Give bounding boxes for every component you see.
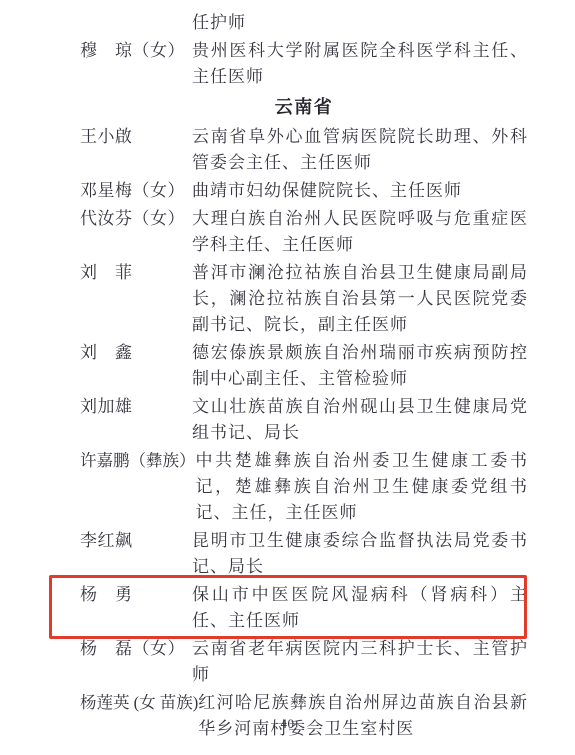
person-title: 德宏傣族景颇族自治州瑞丽市疾病预防控制中心副主任、主管检验师: [192, 340, 528, 392]
person-title: 普洱市澜沧拉祜族自治县卫生健康局副局长，澜沧拉祜族自治县第一人民医院党委副书记、…: [192, 260, 528, 338]
list-item: 刘 菲普洱市澜沧拉祜族自治县卫生健康局副局长，澜沧拉祜族自治县第一人民医院党委副…: [80, 260, 528, 338]
list-item: 刘 鑫德宏傣族景颇族自治州瑞丽市疾病预防控制中心副主任、主管检验师: [80, 340, 528, 392]
person-name: 李红飙: [80, 528, 192, 554]
person-title: 贵州医科大学附属医院全科医学科主任、主任医师: [192, 38, 528, 90]
list-item: 穆 琼（女）贵州医科大学附属医院全科医学科主任、主任医师: [80, 38, 528, 90]
person-name: 刘 鑫: [80, 340, 192, 366]
person-title: 任护师: [192, 10, 528, 36]
person-name: 许嘉鹏（彝族）: [80, 448, 196, 474]
person-name: 杨 勇: [80, 582, 192, 608]
person-name: 杨莲英 (女 苗族): [80, 690, 198, 716]
list-item: 代汝芬（女）大理白族自治州人民医院呼吸与危重症医学科主任、主任医师: [80, 206, 528, 258]
section-header: 云南省: [80, 94, 528, 120]
person-name: 刘 菲: [80, 260, 192, 286]
person-title: 大理白族自治州人民医院呼吸与危重症医学科主任、主任医师: [192, 206, 528, 258]
person-name: 穆 琼（女）: [80, 38, 192, 64]
person-title: 昆明市卫生健康委综合监督执法局党委书记、局长: [192, 528, 528, 580]
list-item: 王小啟云南省阜外心血管病医院院长助理、外科管委会主任、主任医师: [80, 124, 528, 176]
document-page: 任护师穆 琼（女）贵州医科大学附属医院全科医学科主任、主任医师云南省王小啟云南省…: [0, 0, 575, 755]
list-item: 刘加雄文山壮族苗族自治州砚山县卫生健康局党组书记、局长: [80, 394, 528, 446]
list-item: 邓星梅（女）曲靖市妇幼保健院院长、主任医师: [80, 178, 528, 204]
person-title: 保山市中医医院风湿病科（肾病科）主任、主任医师: [192, 582, 528, 634]
list-item: 杨 磊（女）云南省老年病医院内三科护士长、主管护师: [80, 636, 528, 688]
list-item: 杨 勇保山市中医医院风湿病科（肾病科）主任、主任医师: [80, 582, 528, 634]
person-name: 刘加雄: [80, 394, 192, 420]
person-title: 曲靖市妇幼保健院院长、主任医师: [192, 178, 528, 204]
person-title: 云南省阜外心血管病医院院长助理、外科管委会主任、主任医师: [192, 124, 528, 176]
person-name: 邓星梅（女）: [80, 178, 192, 204]
list-item: 李红飙昆明市卫生健康委综合监督执法局党委书记、局长: [80, 528, 528, 580]
person-name: 王小啟: [80, 124, 192, 150]
continuation-line: 任护师: [80, 10, 528, 36]
person-title: 中共楚雄彝族自治州委卫生健康工委书记，楚雄彝族自治州卫生健康委党组书记、主任，主…: [196, 448, 529, 526]
person-name: 杨 磊（女）: [80, 636, 192, 662]
list-item: 许嘉鹏（彝族）中共楚雄彝族自治州委卫生健康工委书记，楚雄彝族自治州卫生健康委党组…: [80, 448, 528, 526]
person-title: 文山壮族苗族自治州砚山县卫生健康局党组书记、局长: [192, 394, 528, 446]
page-number: 40: [0, 716, 575, 732]
roster-list: 任护师穆 琼（女）贵州医科大学附属医院全科医学科主任、主任医师云南省王小啟云南省…: [80, 10, 528, 744]
person-name: 代汝芬（女）: [80, 206, 192, 232]
person-title: 云南省老年病医院内三科护士长、主管护师: [192, 636, 528, 688]
